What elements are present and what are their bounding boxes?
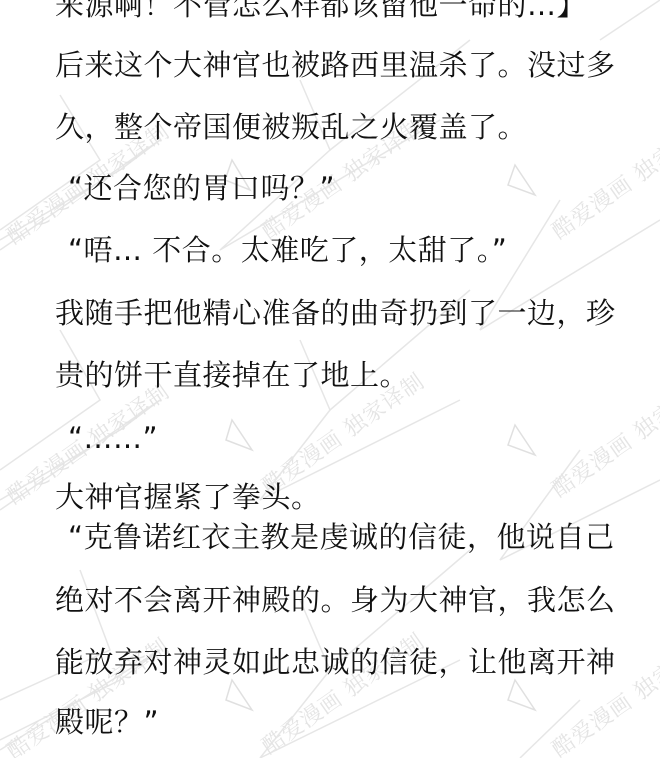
- dialogue-line: “唔… 不合。太难吃了，太甜了。”: [68, 233, 507, 267]
- dialogue-line: “……”: [68, 421, 158, 455]
- dialogue-line: “克鲁诺红衣主教是虔诚的信徒，他说自己: [68, 520, 615, 554]
- novel-page: 酷爱漫画 独家译制 酷爱漫画 独家译制 酷爱漫画 独家译制 酷爱漫画 独家译制 …: [0, 0, 660, 758]
- story-line: 大神官握紧了拳头。: [55, 480, 321, 514]
- dialogue-line: “还合您的胃口吗？”: [68, 171, 335, 205]
- story-line: 殿呢？”: [55, 705, 159, 739]
- watermark-text: 酷爱漫画 独家译制: [545, 110, 660, 246]
- story-line: 久，整个帝国便被叛乱之火覆盖了。: [55, 110, 527, 144]
- story-line: 能放弃对神灵如此忠诚的信徒，让他离开神: [55, 645, 616, 679]
- story-line: 我随手把他精心准备的曲奇扔到了一边，珍: [55, 296, 616, 330]
- story-line: 来源啊！不管怎么样都该留他一命的…】: [55, 0, 586, 22]
- watermark-text: 酷爱漫画 独家译制: [545, 368, 660, 504]
- story-line: 贵的饼干直接掉在了地上。: [55, 358, 409, 392]
- story-line: 后来这个大神官也被路西里温杀了。没过多: [55, 48, 616, 82]
- story-line: 绝对不会离开神殿的。身为大神官，我怎么: [55, 583, 616, 617]
